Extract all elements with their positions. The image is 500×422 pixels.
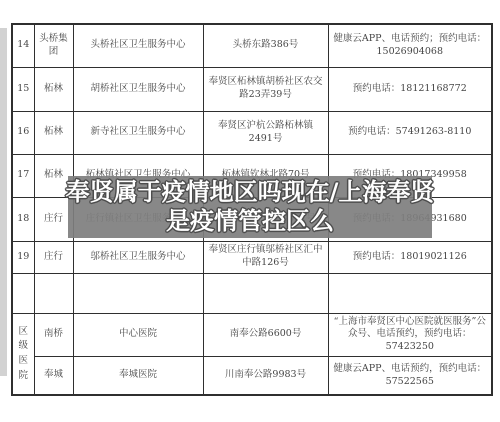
- watermark-overlay: 奉贤属于疫情地区吗现在/上海奉贤 是疫情管控区么: [68, 176, 432, 238]
- table-row: 19 庄行 邬桥社区卫生服务中心 奉贤区庄行镇邬桥社区汇中中路126号 预约电话…: [12, 241, 492, 273]
- table-row: 15 柘林 胡桥社区卫生服务中心 奉贤区柘林镇胡桥社区农交路23弄39号 预约电…: [12, 67, 492, 111]
- cell-town: 柘林: [34, 111, 73, 154]
- watermark-line-1: 奉贤属于疫情地区吗现在/上海奉贤: [66, 178, 435, 207]
- cell-empty: [34, 273, 73, 313]
- cell-row-number: 16: [12, 111, 34, 154]
- cell-town: 庄行: [34, 241, 73, 273]
- cell-address: 头桥东路386号: [203, 24, 328, 67]
- cell-booking: “上海市奉贤区中心医院就医服务”公众号、电话预约，预约电话：57423250: [328, 313, 492, 356]
- cell-booking: 预约电话：18019021126: [328, 241, 492, 273]
- cell-center-name: 奉城医院: [73, 356, 203, 395]
- district-hospital-label: 区级医院: [18, 325, 29, 384]
- cell-district-section-label: 区级医院: [12, 313, 34, 395]
- cell-center-name: 中心医院: [73, 313, 203, 356]
- watermark-line-2: 是疫情管控区么: [166, 207, 334, 236]
- table-row: 奉城 奉城医院 川南奉公路9983号 健康云APP、电话预约，预约电话：5752…: [12, 356, 492, 395]
- cell-empty: [73, 273, 203, 313]
- cell-town: 柘林: [34, 67, 73, 111]
- table-row: 区级医院 南桥 中心医院 南奉公路6600号 “上海市奉贤区中心医院就医服务”公…: [12, 313, 492, 356]
- cell-booking: 健康云APP、电话预约；预约电话：15026904068: [328, 24, 492, 67]
- cell-empty: [203, 273, 328, 313]
- cell-address: 南奉公路6600号: [203, 313, 328, 356]
- cell-booking: 预约电话：57491263-8110: [328, 111, 492, 154]
- cell-empty: [12, 273, 34, 313]
- cell-row-number: 19: [12, 241, 34, 273]
- cell-address: 川南奉公路9983号: [203, 356, 328, 395]
- cell-center-name: 新寺社区卫生服务中心: [73, 111, 203, 154]
- page-edge-strip: [0, 28, 7, 376]
- cell-town: 奉城: [34, 356, 73, 395]
- cell-empty: [328, 273, 492, 313]
- cell-row-number: 18: [12, 197, 34, 241]
- table-row-empty: [12, 273, 492, 313]
- cell-booking: 预约电话：18121168772: [328, 67, 492, 111]
- cell-town: 南桥: [34, 313, 73, 356]
- cell-address: 奉贤区庄行镇邬桥社区汇中中路126号: [203, 241, 328, 273]
- cell-center-name: 邬桥社区卫生服务中心: [73, 241, 203, 273]
- cell-row-number: 14: [12, 24, 34, 67]
- cell-center-name: 头桥社区卫生服务中心: [73, 24, 203, 67]
- cell-center-name: 胡桥社区卫生服务中心: [73, 67, 203, 111]
- table-row: 14 头桥集团 头桥社区卫生服务中心 头桥东路386号 健康云APP、电话预约；…: [12, 24, 492, 67]
- cell-row-number: 17: [12, 154, 34, 197]
- cell-town: 头桥集团: [34, 24, 73, 67]
- cell-row-number: 15: [12, 67, 34, 111]
- cell-booking: 健康云APP、电话预约，预约电话：57522565: [328, 356, 492, 395]
- table-row: 16 柘林 新寺社区卫生服务中心 奉贤区沪杭公路柘林镇2491号 预约电话：57…: [12, 111, 492, 154]
- cell-address: 奉贤区沪杭公路柘林镇2491号: [203, 111, 328, 154]
- cell-address: 奉贤区柘林镇胡桥社区农交路23弄39号: [203, 67, 328, 111]
